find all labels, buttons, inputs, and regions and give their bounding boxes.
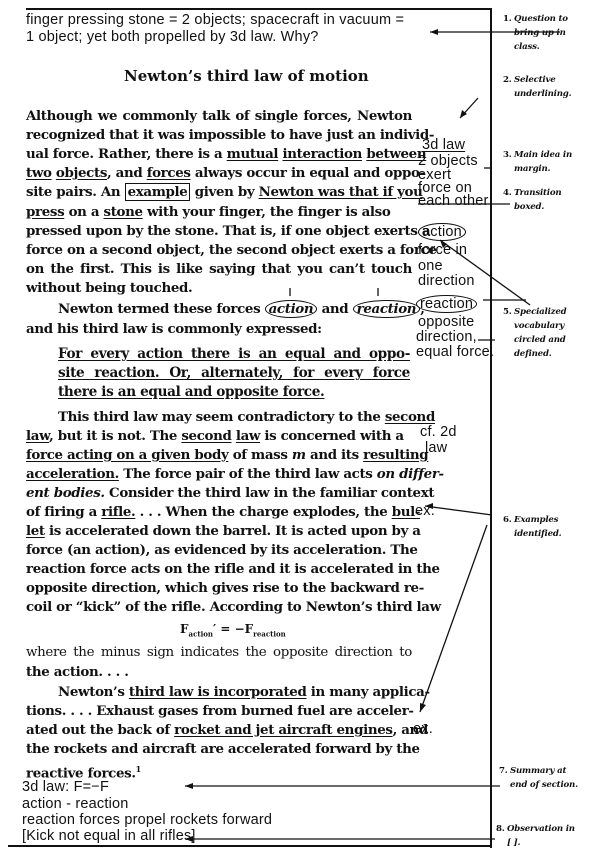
annotation-arrows [0, 0, 593, 853]
legend-item-7: 7.Summary at end of section. [499, 764, 578, 792]
legend-item-4: 4.Transition boxed. [503, 186, 561, 214]
legend-item-6: 6.Examples identified. [503, 513, 561, 541]
legend-item-1: 1.Question to bring up in class. [503, 12, 568, 54]
legend-item-2: 2.Selective underlining. [503, 73, 571, 101]
legend-item-5: 5.Specialized vocabulary circled and def… [503, 305, 566, 361]
legend-item-8: 8.Observation in [ ]. [496, 822, 575, 850]
legend-item-3: 3.Main idea in margin. [503, 148, 572, 176]
